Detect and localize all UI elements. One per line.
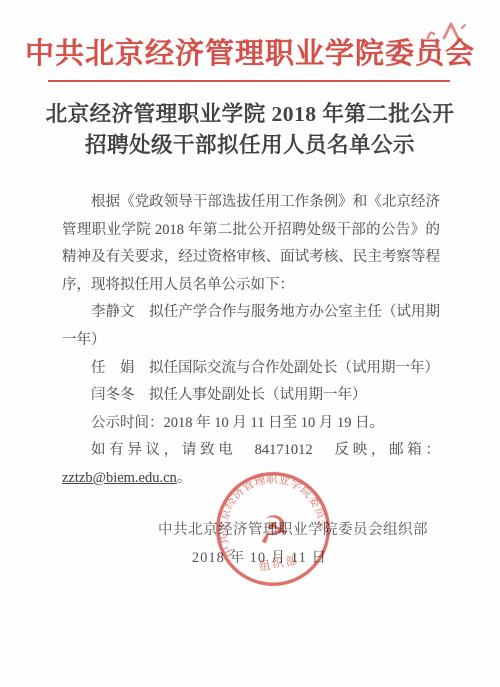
document-title-line1: 北京经济管理职业学院 2018 年第二批公开 <box>30 99 470 130</box>
document-body: 根据《党政领导干部选拔任用工作条例》和《北京经济 管理职业学院 2018 年第二… <box>62 189 440 493</box>
document-title: 北京经济管理职业学院 2018 年第二批公开 招聘处级干部拟任用人员名单公示 <box>30 99 470 161</box>
seal-bottom-text: 组织部 <box>258 554 300 574</box>
body-line: 一年） <box>62 327 440 355</box>
letterhead-divider <box>48 80 450 82</box>
body-line: 根据《党政领导干部选拔任用工作条例》和《北京经济 <box>62 189 440 217</box>
body-line: 如有异议，请致电 84171012 反映，邮箱： <box>62 437 440 465</box>
body-line: 闫冬冬 拟任人事处副处长（试用期一年） <box>62 382 440 410</box>
scanned-announcement-document: 中共北京经济管理职业学院委员会 北京经济管理职业学院 2018 年第二批公开 招… <box>0 0 500 687</box>
email-link[interactable]: zztzb@biem.edu.cn <box>62 470 177 486</box>
body-line: 管理职业学院 2018 年第二批公开招聘处级干部的公告》的 <box>62 217 440 245</box>
official-seal: 中共北京经济管理职业学院委员会 ☭ 组织部 <box>205 461 342 598</box>
email-period: 。 <box>177 470 192 486</box>
party-emblem-icon: ☭ <box>253 505 293 553</box>
body-line: 李静文 拟任产学合作与服务地方办公室主任（试用期 <box>62 299 440 327</box>
letterhead-title: 中共北京经济管理职业学院委员会 <box>0 31 500 72</box>
document-title-line2: 招聘处级干部拟任用人员名单公示 <box>30 130 470 161</box>
body-line: 精神及有关要求，经过资格审核、面试考核、民主考察等程 <box>62 244 440 272</box>
body-line: 序，现将拟任用人员名单公示如下： <box>62 272 440 300</box>
body-line: 任 娟 拟任国际交流与合作处副处长（试用期一年） <box>62 355 440 383</box>
body-line: 公示时间：2018 年 10 月 11 日至 10 月 19 日。 <box>62 410 440 438</box>
